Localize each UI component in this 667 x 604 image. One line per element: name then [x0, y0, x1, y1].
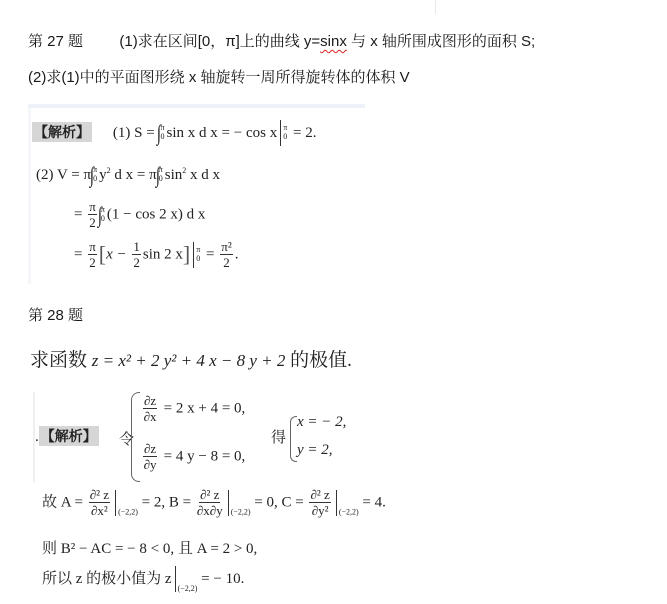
solution-27-line4: = π2[x − 12sin 2 x]π0 = π²2.: [74, 240, 238, 269]
result-x: x = − 2,: [297, 414, 346, 431]
question-27-part1: (1)求在区间[0，π]上的曲线 y=sinx 与 x 轴所围成图形的面积 S;: [119, 33, 535, 50]
solution-27-line2: (2) V = π∫π0y2 d x = π∫π0sin2 x d x: [36, 162, 220, 188]
right-brace: [290, 416, 297, 462]
de-label: 得: [271, 426, 286, 447]
result-y: y = 2,: [297, 442, 333, 459]
question-28-problem: 求函数 z = x² + 2 y² + 4 x − 8 y + 2 的极值.: [30, 345, 352, 372]
system-eq2: ∂z∂y = 4 y − 8 = 0,: [141, 442, 245, 471]
spellcheck-underlined-word[interactable]: sinx: [320, 33, 347, 50]
solution-28-image: .【解析】 令 ∂z∂x = 2 x + 4 = 0, ∂z∂y = 4 y −…: [33, 392, 455, 482]
solution-27-image: 【解析】 (1) S = ∫π0sin x d x = − cos xπ0 = …: [28, 104, 365, 284]
analysis-tag: 【解析】: [39, 426, 99, 446]
page-edge-line: [435, 0, 436, 14]
question-27-heading: 第 27 题 (1)求在区间[0，π]上的曲线 y=sinx 与 x 轴所围成图…: [28, 30, 535, 51]
question-27-label: 第 27 题: [28, 33, 83, 50]
solution-28-line-B: 则 B² − AC = − 8 < 0, 且 A = 2 > 0,: [42, 537, 257, 558]
analysis-tag: 【解析】: [32, 122, 92, 142]
solution-27-line3: = π2∫π0(1 − cos 2 x) d x: [74, 200, 205, 229]
question-27-part2: (2)求(1)中的平面图形绕 x 轴旋转一周所得旋转体的体积 V: [28, 66, 410, 87]
left-brace: [131, 392, 140, 482]
system-eq1: ∂z∂x = 2 x + 4 = 0,: [141, 394, 245, 423]
solution-28-tag-row: .【解析】: [35, 426, 99, 446]
solution-28-line-C: 所以 z 的极小值为 z(−2,2) = − 10.: [42, 566, 244, 593]
solution-27-line1: 【解析】 (1) S = ∫π0sin x d x = − cos xπ0 = …: [32, 120, 316, 146]
question-28-label: 第 28 题: [28, 304, 83, 325]
solution-28-line-A: 故 A = ∂² z∂x²(−2,2) = 2, B = ∂² z∂x∂y(−2…: [42, 488, 386, 517]
